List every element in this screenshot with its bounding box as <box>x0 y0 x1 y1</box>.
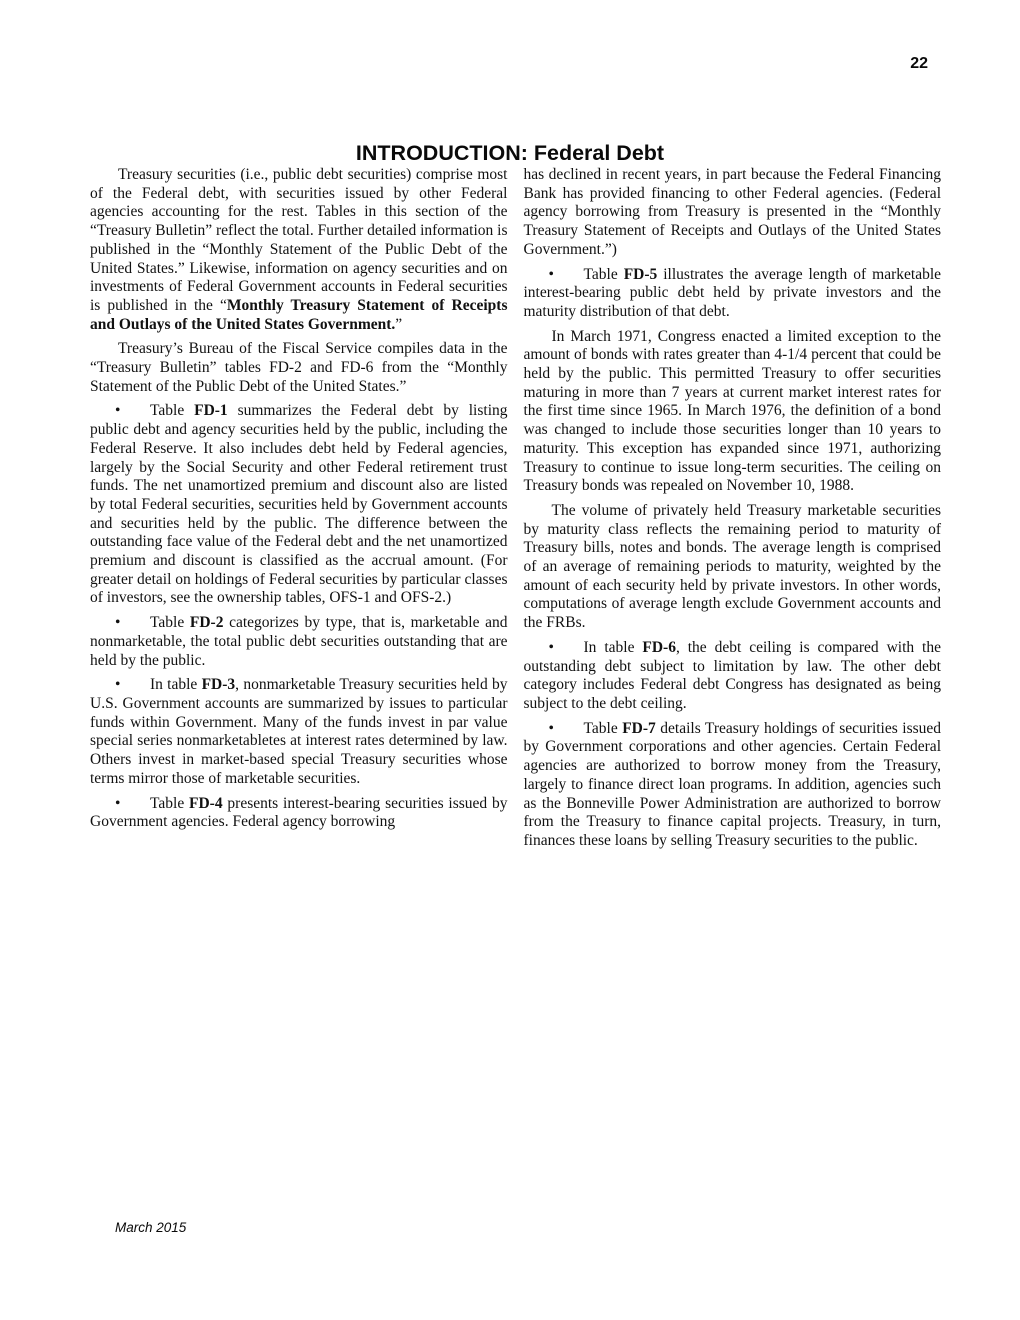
body-text: Table <box>150 402 194 419</box>
body-text: Treasury’s Bureau of the Fiscal Service … <box>90 340 508 394</box>
page-title: INTRODUCTION: Federal Debt <box>0 141 1020 166</box>
paragraph: Treasury securities (i.e., public debt s… <box>90 166 508 334</box>
bullet-paragraph: •Table FD-4 presents interest-bearing se… <box>90 795 508 832</box>
body-text: Table <box>150 795 189 812</box>
body-text: Table <box>584 720 623 737</box>
body-text: In table <box>150 676 202 693</box>
document-page: 22 INTRODUCTION: Federal Debt Treasury s… <box>0 0 1020 1320</box>
bullet-paragraph: •Table FD-5 illustrates the average leng… <box>524 266 942 322</box>
bullet-icon: • <box>115 402 150 421</box>
bullet-icon: • <box>115 676 150 695</box>
bold-text: FD-3 <box>202 676 236 693</box>
bold-text: FD-2 <box>190 614 224 631</box>
bullet-paragraph: •Table FD-7 details Treasury holdings of… <box>524 720 942 851</box>
body-text: In table <box>584 639 643 656</box>
bold-text: FD-6 <box>642 639 676 656</box>
two-column-body: Treasury securities (i.e., public debt s… <box>90 166 941 857</box>
footer-date: March 2015 <box>115 1220 186 1235</box>
bullet-icon: • <box>549 266 584 285</box>
bullet-icon: • <box>115 795 150 814</box>
paragraph: The volume of privately held Treasury ma… <box>524 502 942 633</box>
bullet-paragraph: •Table FD-2 categorizes by type, that is… <box>90 614 508 670</box>
body-text: summarizes the Federal debt by listing p… <box>90 402 508 606</box>
body-text: has declined in recent years, in part be… <box>524 166 942 258</box>
bullet-paragraph: •Table FD-1 summarizes the Federal debt … <box>90 402 508 608</box>
bullet-icon: • <box>549 720 584 739</box>
bullet-icon: • <box>115 614 150 633</box>
bullet-paragraph: •In table FD-3, nonmarketable Treasury s… <box>90 676 508 788</box>
right-column: has declined in recent years, in part be… <box>524 166 942 857</box>
bold-text: FD-1 <box>194 402 228 419</box>
paragraph: In March 1971, Congress enacted a limite… <box>524 328 942 496</box>
left-column: Treasury securities (i.e., public debt s… <box>90 166 508 857</box>
bold-text: FD-4 <box>189 795 223 812</box>
body-text: Table <box>584 266 624 283</box>
bullet-icon: • <box>549 639 584 658</box>
paragraph: has declined in recent years, in part be… <box>524 166 942 260</box>
bullet-paragraph: •In table FD-6, the debt ceiling is comp… <box>524 639 942 714</box>
body-text: Table <box>150 614 190 631</box>
bold-text: FD-7 <box>622 720 656 737</box>
body-text: ” <box>395 316 402 333</box>
body-text: In March 1971, Congress enacted a limite… <box>524 328 942 495</box>
bold-text: FD-5 <box>624 266 658 283</box>
body-text: details Treasury holdings of securities … <box>524 720 942 849</box>
body-text: Treasury securities (i.e., public debt s… <box>90 166 508 314</box>
paragraph: Treasury’s Bureau of the Fiscal Service … <box>90 340 508 396</box>
page-number: 22 <box>910 55 928 73</box>
body-text: The volume of privately held Treasury ma… <box>524 502 942 631</box>
